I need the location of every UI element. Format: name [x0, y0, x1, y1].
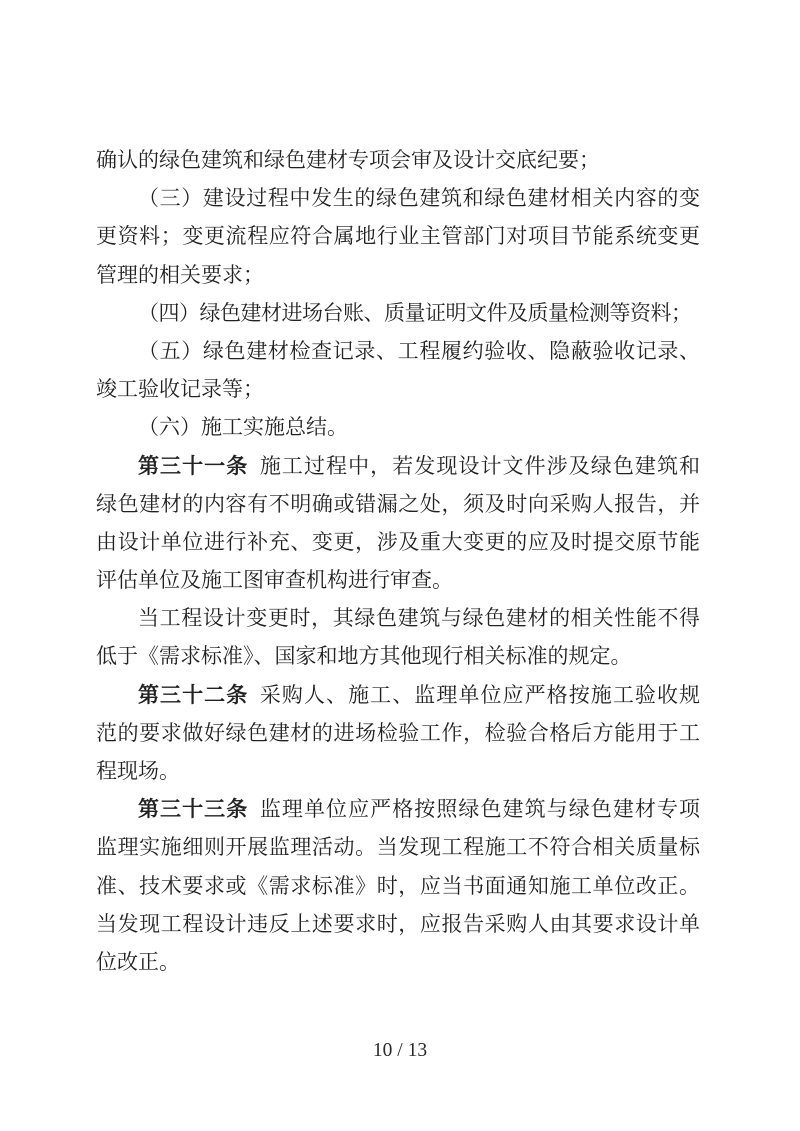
text-run: 准、技术要求或《需求标准》时，应当书面通知施工单位改正。 — [96, 874, 700, 898]
article-number: 第三十一条 — [138, 454, 248, 478]
text-run: 评估单位及施工图审查机构进行审查。 — [96, 568, 453, 592]
text-run: 绿色建材的内容有不明确或错漏之处，须及时向采购人报告，并 — [96, 492, 700, 516]
text-line: 当工程设计变更时，其绿色建筑与绿色建材的相关性能不得 — [96, 599, 700, 637]
text-run: 监理单位应严格按照绿色建筑与绿色建材专项 — [260, 797, 700, 821]
text-run: 采购人、施工、监理单位应严格按施工验收规 — [260, 683, 700, 707]
text-run: 范的要求做好绿色建材的进场检验工作，检验合格后方能用于工 — [96, 721, 700, 745]
text-line: （五）绿色建材检查记录、工程履约验收、隐蔽验收记录、 — [96, 332, 700, 370]
text-run: 监理实施细则开展监理活动。当发现工程施工不符合相关质量标 — [96, 835, 700, 859]
text-run: （五）绿色建材检查记录、工程履约验收、隐蔽验收记录、 — [138, 339, 700, 363]
article-number: 第三十二条 — [138, 683, 248, 707]
text-line: 更资料；变更流程应符合属地行业主管部门对项目节能系统变更 — [96, 217, 700, 255]
text-line: 竣工验收记录等； — [96, 370, 700, 408]
text-run: （三）建设过程中发生的绿色建筑和绿色建材相关内容的变 — [138, 186, 700, 210]
text-run: 更资料；变更流程应符合属地行业主管部门对项目节能系统变更 — [96, 224, 700, 248]
article-line: 第三十三条监理单位应严格按照绿色建筑与绿色建材专项 — [96, 790, 700, 828]
text-line: 当发现工程设计违反上述要求时，应报告采购人由其要求设计单 — [96, 905, 700, 943]
text-run: 确认的绿色建筑和绿色建材专项会审及设计交底纪要； — [96, 148, 600, 172]
text-line: 监理实施细则开展监理活动。当发现工程施工不符合相关质量标 — [96, 828, 700, 866]
document-text: 确认的绿色建筑和绿色建材专项会审及设计交底纪要；（三）建设过程中发生的绿色建筑和… — [96, 141, 700, 981]
page-number: 10 / 13 — [0, 1040, 800, 1062]
text-line: 确认的绿色建筑和绿色建材专项会审及设计交底纪要； — [96, 141, 700, 179]
text-run: 管理的相关要求； — [96, 263, 264, 287]
text-line: 低于《需求标准》、国家和地方其他现行相关标准的规定。 — [96, 637, 700, 675]
text-run: （六）施工实施总结。 — [138, 415, 348, 439]
text-line: 程现场。 — [96, 752, 700, 790]
text-line: 位改正。 — [96, 943, 700, 981]
text-run: 位改正。 — [96, 950, 180, 974]
text-run: 竣工验收记录等； — [96, 377, 264, 401]
text-line: 范的要求做好绿色建材的进场检验工作，检验合格后方能用于工 — [96, 714, 700, 752]
text-run: 低于《需求标准》、国家和地方其他现行相关标准的规定。 — [96, 644, 632, 668]
text-line: 评估单位及施工图审查机构进行审查。 — [96, 561, 700, 599]
text-line: （四）绿色建材进场台账、质量证明文件及质量检测等资料； — [96, 294, 700, 332]
text-line: 由设计单位进行补充、变更，涉及重大变更的应及时提交原节能 — [96, 523, 700, 561]
article-number: 第三十三条 — [138, 797, 248, 821]
text-line: 管理的相关要求； — [96, 256, 700, 294]
text-run: （四）绿色建材进场台账、质量证明文件及质量检测等资料； — [138, 301, 692, 325]
text-line: （六）施工实施总结。 — [96, 408, 700, 446]
text-run: 当工程设计变更时，其绿色建筑与绿色建材的相关性能不得 — [138, 606, 700, 630]
article-line: 第三十二条采购人、施工、监理单位应严格按施工验收规 — [96, 676, 700, 714]
text-line: 准、技术要求或《需求标准》时，应当书面通知施工单位改正。 — [96, 867, 700, 905]
text-run: 由设计单位进行补充、变更，涉及重大变更的应及时提交原节能 — [96, 530, 700, 554]
article-line: 第三十一条施工过程中，若发现设计文件涉及绿色建筑和 — [96, 447, 700, 485]
text-run: 程现场。 — [96, 759, 180, 783]
text-run: 当发现工程设计违反上述要求时，应报告采购人由其要求设计单 — [96, 912, 700, 936]
text-line: （三）建设过程中发生的绿色建筑和绿色建材相关内容的变 — [96, 179, 700, 217]
document-page: 确认的绿色建筑和绿色建材专项会审及设计交底纪要；（三）建设过程中发生的绿色建筑和… — [0, 0, 800, 1131]
text-line: 绿色建材的内容有不明确或错漏之处，须及时向采购人报告，并 — [96, 485, 700, 523]
text-run: 施工过程中，若发现设计文件涉及绿色建筑和 — [260, 454, 700, 478]
